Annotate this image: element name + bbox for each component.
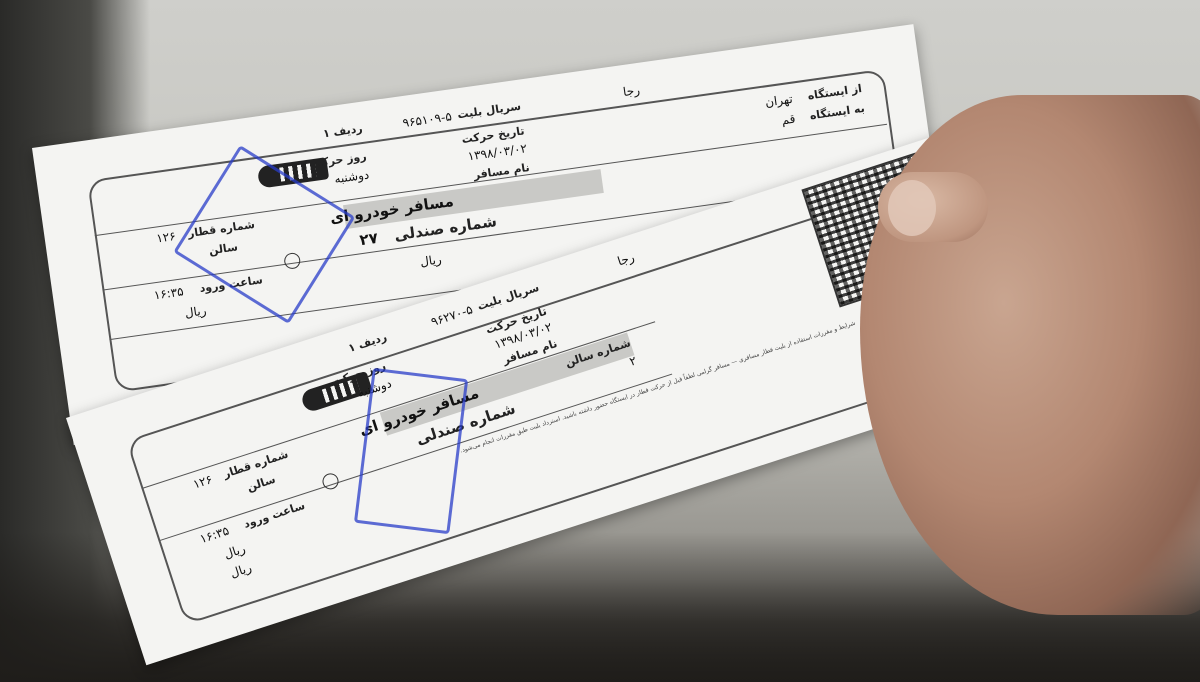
price-unit: ریال bbox=[419, 252, 442, 269]
train-number: ۱۲۶ bbox=[155, 229, 176, 246]
arrival-station: قم bbox=[781, 112, 797, 128]
route: رجا bbox=[616, 250, 636, 269]
seat: ۲۷ bbox=[358, 229, 379, 249]
price-unit: ریال bbox=[184, 303, 207, 320]
serial-label: سریال بلیت bbox=[457, 100, 522, 122]
row-label: ردیف ۱ bbox=[347, 330, 389, 355]
serial: ۹۶۵۱۰۹-۵ bbox=[402, 109, 453, 130]
ink-stamp bbox=[354, 368, 468, 535]
route: رجا bbox=[622, 83, 641, 99]
row-label: ردیف ۱ bbox=[322, 122, 363, 140]
photo-scene: از ایستگاه تهران به ایستگاه قم رجا سریال… bbox=[0, 0, 1200, 682]
thumbnail bbox=[888, 180, 936, 236]
serial: ۹۶۲۷۰-۵ bbox=[429, 302, 474, 329]
